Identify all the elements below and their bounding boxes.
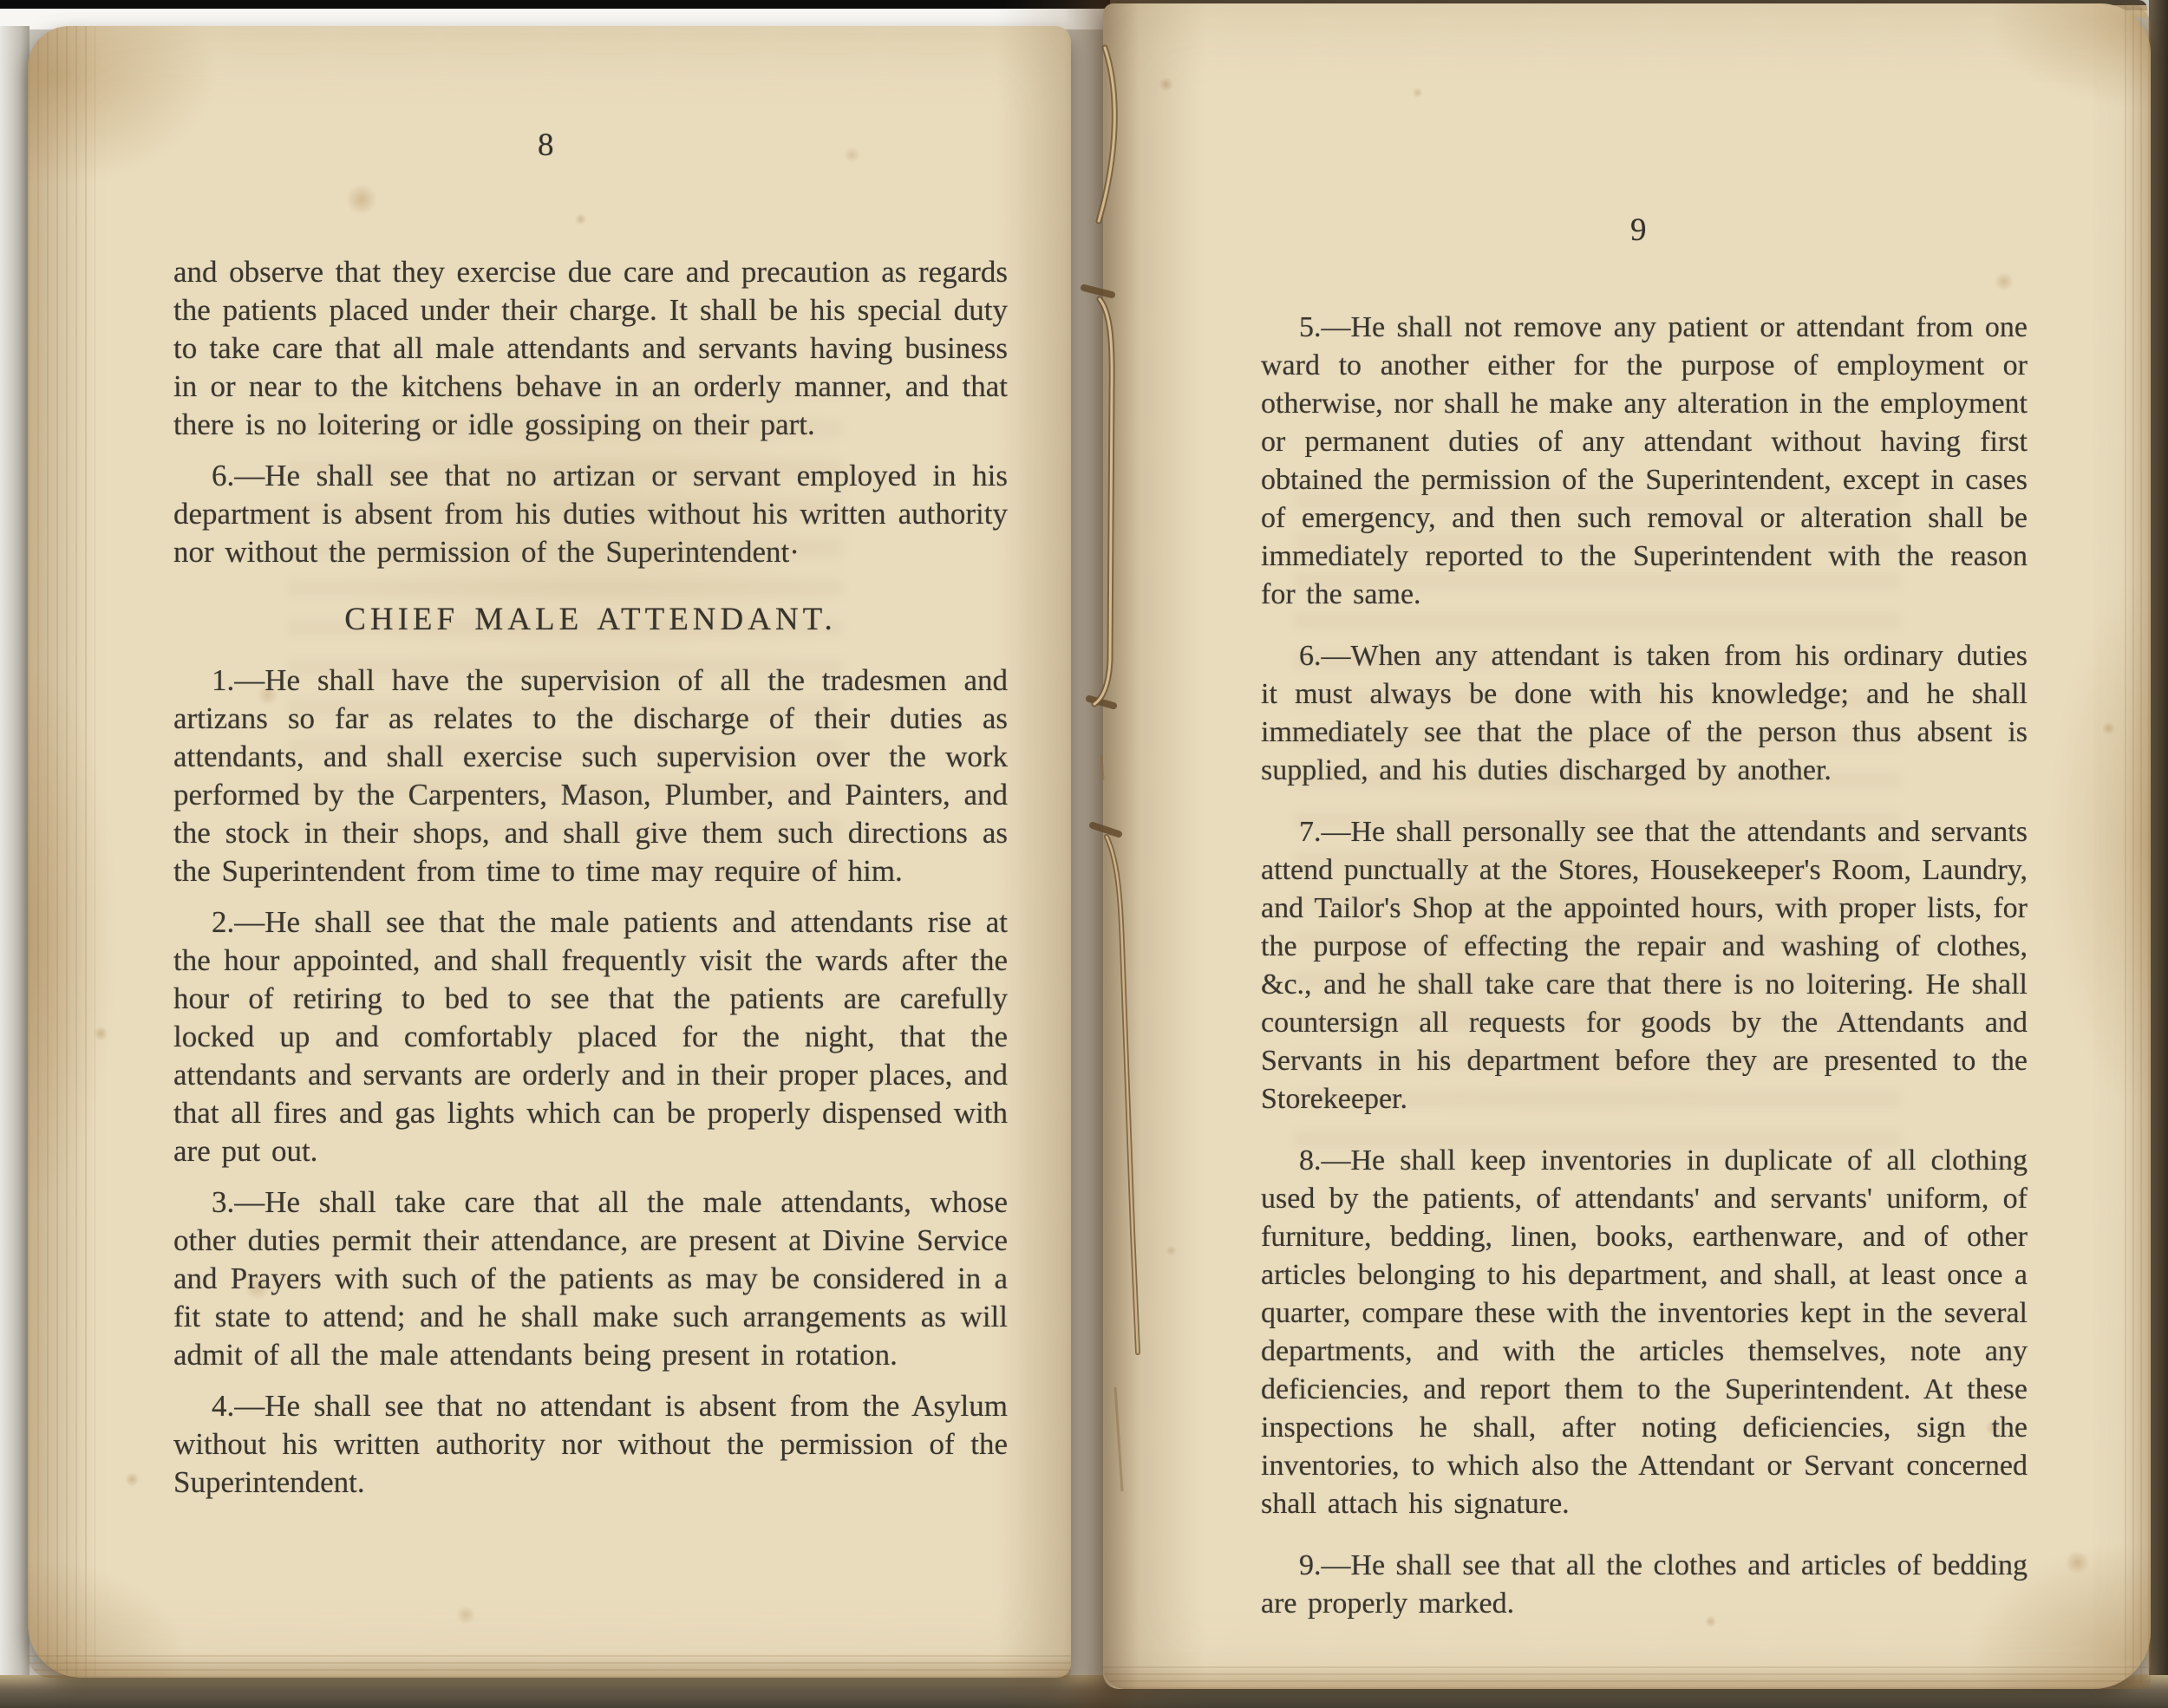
paragraph-rule-9: 9.—He shall see that all the clothes and… [1261, 1547, 2028, 1623]
section-heading: CHIEF MALE ATTENDANT. [173, 601, 1008, 639]
scanner-left-strip [0, 26, 29, 1686]
book-scan: 8 and observe that they exercise due car… [0, 0, 2168, 1708]
paragraph-rule-4: 4.—He shall see that no attendant is abs… [173, 1387, 1008, 1502]
paragraph-rule-1: 1.—He shall have the supervision of all … [173, 662, 1008, 890]
scanner-top-black-band [0, 0, 1119, 9]
paragraph-rule-6: 6.—When any attendant is taken from his … [1261, 637, 2028, 790]
paragraph-rule-2: 2.—He shall see that the male patients a… [173, 903, 1008, 1170]
paragraph-rule-6: 6.—He shall see that no artizan or serva… [173, 457, 1008, 571]
page-right: 9 5.—He shall not remove any patient or … [1103, 3, 2151, 1689]
page-left-text-block: and observe that they exercise due care … [173, 253, 1008, 1502]
paragraph-rule-7: 7.—He shall personally see that the atte… [1261, 813, 2028, 1118]
page-right-worn-edge [2125, 3, 2151, 1689]
page-number: 8 [538, 127, 555, 164]
page-left-bottom-edge [28, 1655, 1071, 1678]
page-right-bottom-edge [1103, 1666, 2151, 1689]
page-right-text-block: 5.—He shall not remove any patient or at… [1261, 309, 2028, 1623]
scanner-right-dark-strip [2149, 0, 2168, 1708]
page-left-worn-edge [28, 26, 95, 1678]
page-left: 8 and observe that they exercise due car… [28, 26, 1071, 1678]
paragraph-rule-5: 5.—He shall not remove any patient or at… [1261, 309, 2028, 614]
paragraph-rule-8: 8.—He shall keep inventories in duplicat… [1261, 1142, 2028, 1523]
page-number: 9 [1630, 212, 1648, 249]
paragraph-continuation: and observe that they exercise due care … [173, 253, 1008, 444]
paragraph-rule-3: 3.—He shall take care that all the male … [173, 1183, 1008, 1374]
